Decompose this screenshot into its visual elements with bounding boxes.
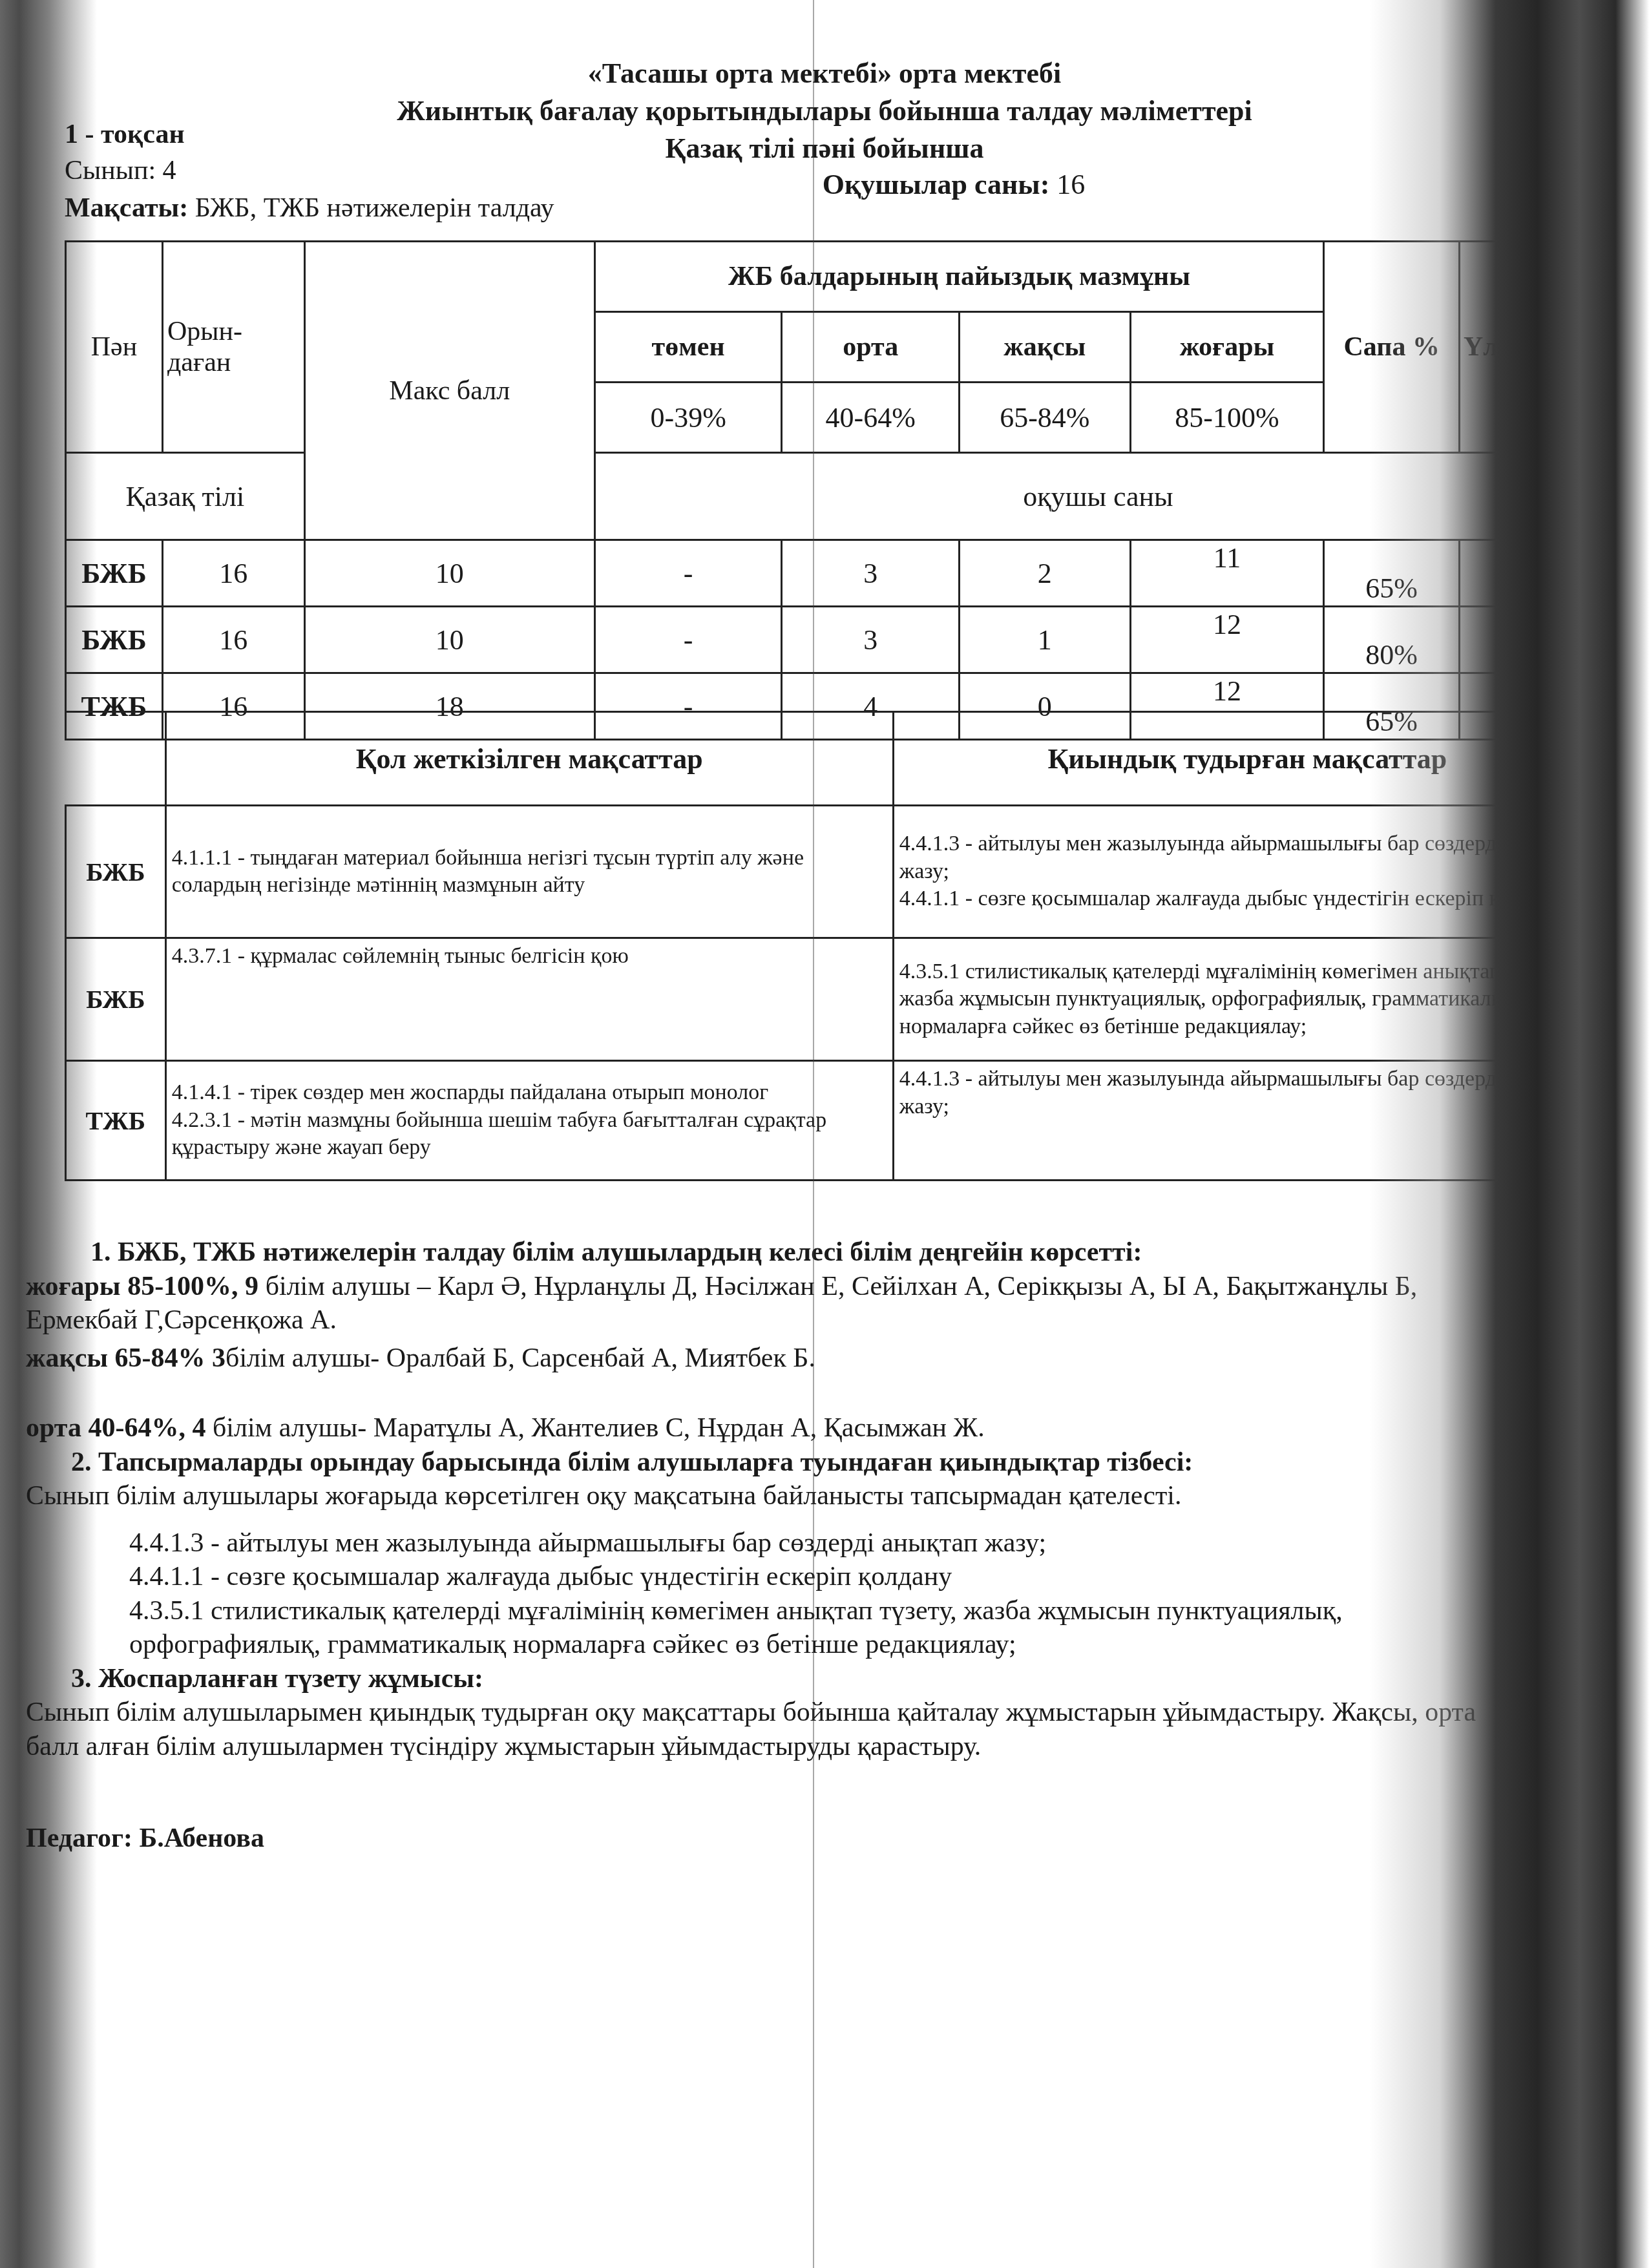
- difficulties-list: 4.4.1.3 - айтылуы мен жазылуында айырмаш…: [26, 1526, 1480, 1662]
- analysis-item-3-title: 3. Жоспарланған түзету жұмысы:: [26, 1662, 1480, 1696]
- achieved-objective: 4.1.4.1 - тірек сөздер мен жоспарды пайд…: [165, 1061, 893, 1181]
- level-range-3: 85-100%: [1130, 383, 1324, 453]
- good-level-text: білім алушы- Оралбай Б, Сарсенбай А, Мия…: [226, 1343, 815, 1373]
- goal-value: БЖБ, ТЖБ нәтижелерін талдау: [195, 193, 554, 223]
- signature: Педагог: Б.Абенова: [26, 1822, 1480, 1856]
- quarter-label: 1 - тоқсан: [65, 119, 185, 150]
- subject-sub-cell: Қазақ тілі: [66, 453, 305, 540]
- results-cell-completed: 16: [162, 607, 304, 673]
- achieved-header: Қол жеткізілген мақсаттар: [165, 712, 893, 806]
- difficulty-item: 4.4.1.3 - айтылуы мен жазылуында айырмаш…: [26, 1526, 1480, 1560]
- completed-header: Орын- даған: [162, 242, 304, 453]
- students-count-value: 16: [1056, 169, 1085, 200]
- results-cell-mid: 3: [782, 540, 960, 607]
- high-level-line: жоғары 85-100%, 9 білім алушы – Карл Ә, …: [26, 1270, 1480, 1338]
- results-cell-type: БЖБ: [66, 540, 163, 607]
- subject-header-label: Пән: [91, 332, 137, 362]
- results-cell-low: -: [594, 607, 782, 673]
- level-name-3: жоғары: [1130, 312, 1324, 383]
- class-value: 4: [163, 156, 176, 185]
- level-name-2: жақсы: [960, 312, 1131, 383]
- good-level-line: жақсы 65-84% 3білім алушы- Оралбай Б, Са…: [26, 1341, 1480, 1376]
- objectives-corner: [66, 712, 166, 806]
- results-cell-max: 10: [304, 607, 594, 673]
- results-cell-high: 11: [1130, 540, 1324, 607]
- percent-group-header: ЖБ балдарының пайыздық мазмұны: [594, 242, 1323, 312]
- class-line: Сынып: 4: [65, 155, 176, 186]
- analysis-item-2-text: Сынып білім алушылары жоғарыда көрсетілг…: [26, 1479, 1480, 1513]
- achieved-objective: 4.1.1.1 - тыңдаған материал бойынша негі…: [165, 806, 893, 938]
- students-count-label: Оқушылар саны:: [823, 169, 1050, 200]
- scan-shadow-right: [1370, 0, 1649, 2268]
- class-label: Сынып:: [65, 156, 156, 185]
- analysis-item-2-title: 2. Тапсырмаларды орындау барысында білім…: [26, 1445, 1480, 1480]
- results-cell-completed: 16: [162, 540, 304, 607]
- level-range-0: 0-39%: [594, 383, 782, 453]
- objectives-row-type: БЖБ: [66, 806, 166, 938]
- max-score-header: Макс балл: [304, 242, 594, 540]
- good-level-label: жақсы 65-84% 3: [26, 1343, 226, 1373]
- goal-label: Мақсаты:: [65, 193, 188, 223]
- results-cell-good: 1: [960, 607, 1131, 673]
- high-level-label: жоғары 85-100%, 9: [26, 1272, 258, 1301]
- mid-level-line: орта 40-64%, 4 білім алушы- Маратұлы А, …: [26, 1411, 1480, 1445]
- objectives-row-type: ТЖБ: [66, 1061, 166, 1181]
- fold-line: [813, 0, 814, 2268]
- results-cell-mid: 3: [782, 607, 960, 673]
- results-cell-good: 2: [960, 540, 1131, 607]
- difficulty-item: 4.4.1.1 - сөзге қосымшалар жалғауда дыбы…: [26, 1560, 1480, 1594]
- analysis-section: 1. БЖБ, ТЖБ нәтижелерін талдау білім алу…: [26, 1235, 1480, 1856]
- level-range-2: 65-84%: [960, 383, 1131, 453]
- analysis-item-3-text: Сынып білім алушыларымен қиындық тудырға…: [26, 1696, 1480, 1763]
- goal-line: Мақсаты: БЖБ, ТЖБ нәтижелерін талдау: [65, 193, 554, 224]
- results-cell-max: 10: [304, 540, 594, 607]
- subject-header: Пән: [66, 242, 163, 453]
- difficulty-item: 4.3.5.1 стилистикалық қателерді мұғалімі…: [26, 1594, 1480, 1662]
- analysis-item-1-title: 1. БЖБ, ТЖБ нәтижелерін талдау білім алу…: [26, 1235, 1480, 1270]
- mid-level-text: білім алушы- Маратұлы А, Жантелиев С, Нұ…: [205, 1413, 984, 1443]
- objectives-row-type: БЖБ: [66, 938, 166, 1061]
- level-name-0: төмен: [594, 312, 782, 383]
- level-name-1: орта: [782, 312, 960, 383]
- results-cell-high: 12: [1130, 607, 1324, 673]
- results-cell-type: БЖБ: [66, 607, 163, 673]
- mid-level-label: орта 40-64%, 4: [26, 1413, 205, 1443]
- level-range-1: 40-64%: [782, 383, 960, 453]
- results-cell-low: -: [594, 540, 782, 607]
- achieved-objective: 4.3.7.1 - құрмалас сөйлемнің тыныс белгі…: [165, 938, 893, 1061]
